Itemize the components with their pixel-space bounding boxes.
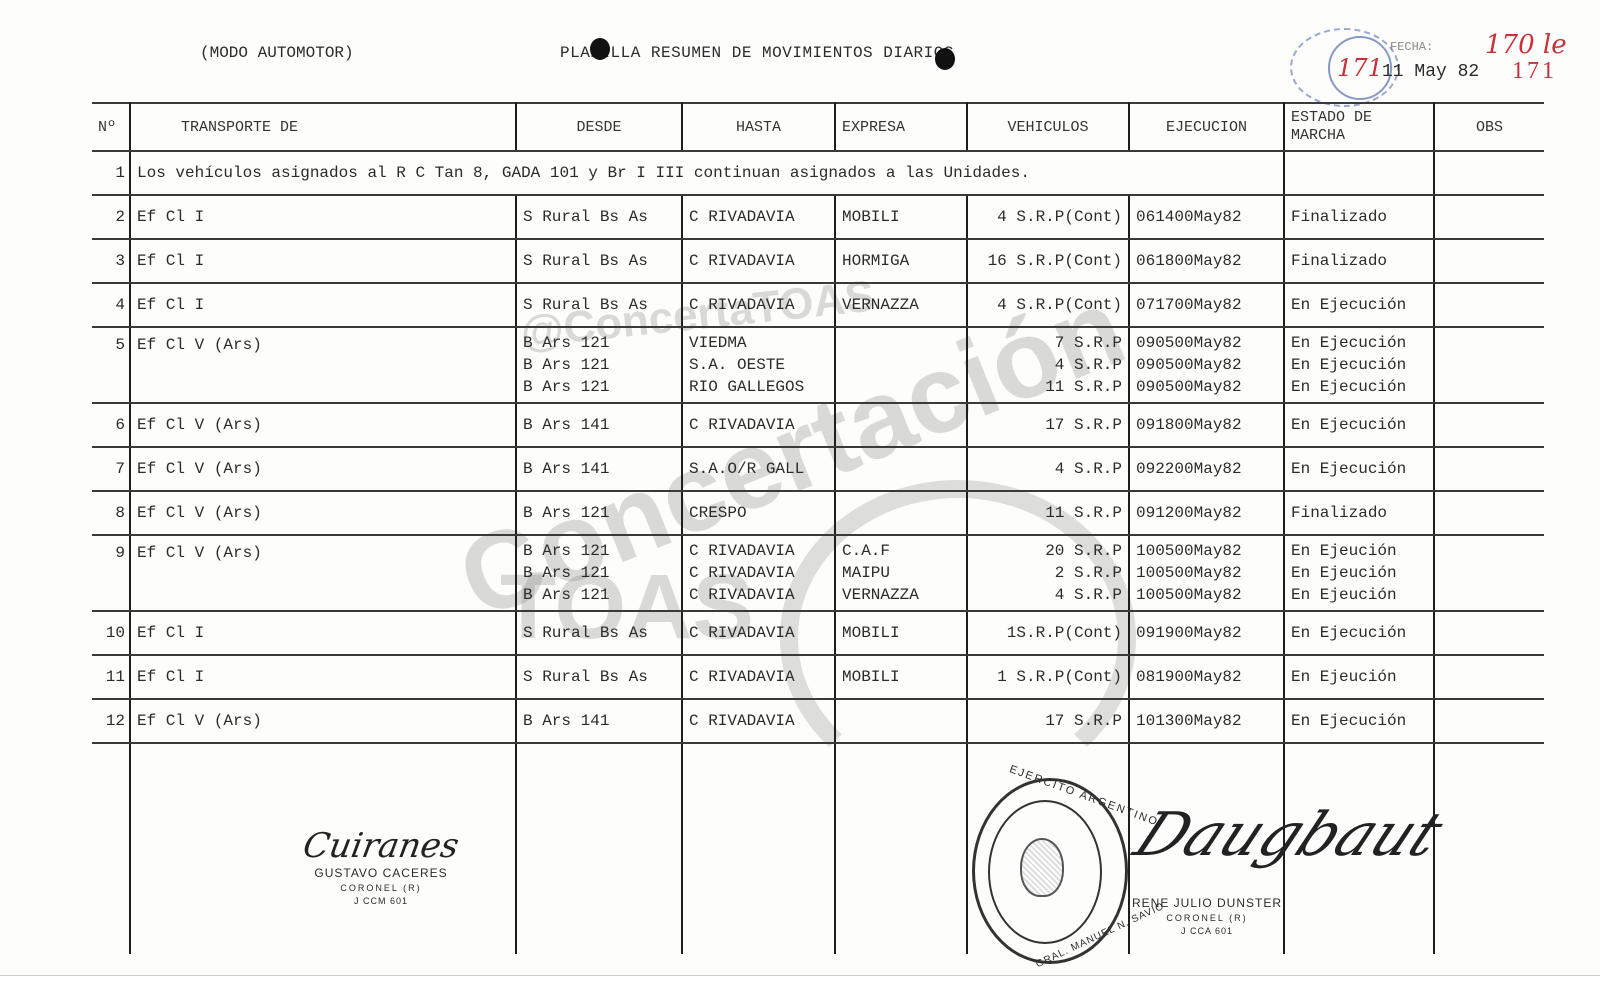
cell-estado: Finalizado: [1284, 239, 1434, 283]
row-number: 2: [92, 195, 130, 239]
col-header-transporte: TRANSPORTE DE: [130, 103, 516, 151]
cell-vehiculos: 11 S.R.P: [967, 491, 1129, 535]
cell-vehiculos: 1 S.R.P(Cont): [967, 655, 1129, 699]
cell-estado: En Ejecución: [1284, 699, 1434, 743]
cell-transporte: Ef Cl V (Ars): [130, 699, 516, 743]
col-header-expresa: EXPRESA: [835, 103, 967, 151]
cell-expresa-line: C.A.F: [842, 540, 960, 562]
date-label: FECHA:: [1390, 40, 1433, 54]
cell-vehiculos-line: 4 S.R.P: [974, 354, 1122, 376]
cell-desde: B Ars 141: [516, 699, 682, 743]
cell-obs: [1434, 699, 1544, 743]
cell-obs: [1434, 239, 1544, 283]
cell-expresa-line: VERNAZZA: [842, 584, 960, 606]
cell-desde: B Ars 141: [516, 403, 682, 447]
signer-unit: J CCM 601: [296, 896, 466, 906]
cell-hasta: C RIVADAVIA: [682, 611, 835, 655]
cell-ejecucion: 092200May82: [1129, 447, 1284, 491]
form-mode-label: (MODO AUTOMOTOR): [200, 44, 354, 62]
cell-hasta-line: C RIVADAVIA: [689, 540, 828, 562]
cell-estado-line: En Ejecución: [1291, 376, 1427, 398]
cell-vehiculos-line: 7 S.R.P: [974, 332, 1122, 354]
cell-transporte: Ef Cl V (Ars): [130, 535, 516, 611]
cell-ejecucion: 101300May82: [1129, 699, 1284, 743]
table-row: 12Ef Cl V (Ars)B Ars 141C RIVADAVIA17 S.…: [92, 699, 1544, 743]
cell-vehiculos-line: 2 S.R.P: [974, 562, 1122, 584]
cell-transporte: Ef Cl V (Ars): [130, 447, 516, 491]
cell-expresa: [835, 699, 967, 743]
row-number: 6: [92, 403, 130, 447]
table-row-note: 1 Los vehículos asignados al R C Tan 8, …: [92, 151, 1544, 195]
cell-vehiculos: 16 S.R.P(Cont): [967, 239, 1129, 283]
row-number: 3: [92, 239, 130, 283]
col-header-vehiculos: VEHICULOS: [967, 103, 1129, 151]
col-header-estado: ESTADO DE MARCHA: [1284, 103, 1434, 151]
table-row: 7Ef Cl V (Ars)B Ars 141S.A.O/R GALL4 S.R…: [92, 447, 1544, 491]
cell-desde: B Ars 121B Ars 121B Ars 121: [516, 327, 682, 403]
table-row: 4Ef Cl IS Rural Bs AsC RIVADAVIAVERNAZZA…: [92, 283, 1544, 327]
punch-hole-icon: [590, 38, 610, 60]
cell-vehiculos-line: 4 S.R.P: [974, 584, 1122, 606]
cell-expresa: HORMIGA: [835, 239, 967, 283]
cell-expresa-line: MAIPU: [842, 562, 960, 584]
cell-ejecucion: 061800May82: [1129, 239, 1284, 283]
cell-transporte: Ef Cl V (Ars): [130, 327, 516, 403]
cell-estado: En EjeuciónEn EjeuciónEn Ejeución: [1284, 535, 1434, 611]
cell-estado-line: En Ejecución: [1291, 354, 1427, 376]
cell-ejecucion: 071700May82: [1129, 283, 1284, 327]
row-number: 1: [92, 151, 130, 195]
table-row: 3Ef Cl IS Rural Bs AsC RIVADAVIAHORMIGA1…: [92, 239, 1544, 283]
signer-rank: CORONEL (R): [1112, 913, 1302, 923]
handwritten-signature-icon: Daugbaut: [1124, 800, 1455, 870]
cell-ejecucion-line: 100500May82: [1136, 584, 1277, 606]
cell-vehiculos: 1S.R.P(Cont): [967, 611, 1129, 655]
table-row: 9Ef Cl V (Ars)B Ars 121B Ars 121B Ars 12…: [92, 535, 1544, 611]
cell-vehiculos: 7 S.R.P4 S.R.P11 S.R.P: [967, 327, 1129, 403]
cell-desde: B Ars 121: [516, 491, 682, 535]
cell-expresa: MOBILI: [835, 611, 967, 655]
row-number: 9: [92, 535, 130, 611]
cell-expresa-line: [842, 376, 960, 398]
cell-desde-line: B Ars 121: [523, 354, 675, 376]
table-row: 8Ef Cl V (Ars)B Ars 121CRESPO11 S.R.P091…: [92, 491, 1544, 535]
cell-estado: En Ejecución: [1284, 611, 1434, 655]
cell-transporte: Ef Cl V (Ars): [130, 403, 516, 447]
punch-hole-icon: [935, 48, 955, 70]
cell-transporte: Ef Cl V (Ars): [130, 491, 516, 535]
signer-name: RENE JULIO DUNSTER: [1112, 896, 1302, 910]
cell-vehiculos: 17 S.R.P: [967, 699, 1129, 743]
cell-vehiculos: 20 S.R.P2 S.R.P4 S.R.P: [967, 535, 1129, 611]
date-value: 11 May 82: [1382, 62, 1479, 82]
cell-obs: [1434, 611, 1544, 655]
table-row: 11Ef Cl IS Rural Bs AsC RIVADAVIAMOBILI1…: [92, 655, 1544, 699]
cell-desde-line: B Ars 121: [523, 562, 675, 584]
cell-hasta: C RIVADAVIAC RIVADAVIAC RIVADAVIA: [682, 535, 835, 611]
cell-ejecucion: 061400May82: [1129, 195, 1284, 239]
cell-transporte: Ef Cl I: [130, 283, 516, 327]
cell-ejecucion: 081900May82: [1129, 655, 1284, 699]
table-row: 2Ef Cl IS Rural Bs AsC RIVADAVIAMOBILI4 …: [92, 195, 1544, 239]
cell-desde-line: B Ars 121: [523, 584, 675, 606]
cell-ejecucion-line: 090500May82: [1136, 354, 1277, 376]
cell-hasta: C RIVADAVIA: [682, 283, 835, 327]
cell-expresa: VERNAZZA: [835, 283, 967, 327]
cell-hasta: VIEDMAS.A. OESTERIO GALLEGOS: [682, 327, 835, 403]
cell-obs: [1434, 151, 1544, 195]
cell-transporte: Ef Cl I: [130, 195, 516, 239]
cell-obs: [1434, 327, 1544, 403]
signer-unit: J CCA 601: [1112, 926, 1302, 936]
cell-ejecucion-line: 090500May82: [1136, 332, 1277, 354]
cell-transporte: Ef Cl I: [130, 611, 516, 655]
col-header-hasta: HASTA: [682, 103, 835, 151]
row-number: 5: [92, 327, 130, 403]
cell-vehiculos: 4 S.R.P(Cont): [967, 195, 1129, 239]
cell-expresa: C.A.FMAIPUVERNAZZA: [835, 535, 967, 611]
cell-estado: [1284, 151, 1434, 195]
cell-estado: En EjecuciónEn EjecuciónEn Ejecución: [1284, 327, 1434, 403]
cell-desde: S Rural Bs As: [516, 195, 682, 239]
cell-obs: [1434, 491, 1544, 535]
cell-ejecucion: 090500May82090500May82090500May82: [1129, 327, 1284, 403]
cell-desde: S Rural Bs As: [516, 655, 682, 699]
col-header-desde: DESDE: [516, 103, 682, 151]
cell-vehiculos-line: 11 S.R.P: [974, 376, 1122, 398]
cell-ejecucion: 091900May82: [1129, 611, 1284, 655]
cell-expresa: [835, 491, 967, 535]
table-row: 5Ef Cl V (Ars)B Ars 121B Ars 121B Ars 12…: [92, 327, 1544, 403]
cell-expresa: MOBILI: [835, 655, 967, 699]
cell-hasta-line: RIO GALLEGOS: [689, 376, 828, 398]
row-number: 8: [92, 491, 130, 535]
row-number: 11: [92, 655, 130, 699]
col-header-obs: OBS: [1434, 103, 1544, 151]
cell-hasta: CRESPO: [682, 491, 835, 535]
table-row: 6Ef Cl V (Ars)B Ars 141C RIVADAVIA17 S.R…: [92, 403, 1544, 447]
coat-of-arms-icon: [1020, 838, 1064, 897]
table-row: 10Ef Cl IS Rural Bs AsC RIVADAVIAMOBILI1…: [92, 611, 1544, 655]
cell-estado: Finalizado: [1284, 491, 1434, 535]
cell-hasta: C RIVADAVIA: [682, 699, 835, 743]
cell-expresa: [835, 403, 967, 447]
cell-estado: En Ejeución: [1284, 655, 1434, 699]
cell-hasta-line: S.A. OESTE: [689, 354, 828, 376]
cell-hasta: C RIVADAVIA: [682, 195, 835, 239]
table-header-row: Nº TRANSPORTE DE DESDE HASTA EXPRESA VEH…: [92, 103, 1544, 151]
folio-handwritten: 170 le: [1485, 30, 1567, 60]
cell-vehiculos: 4 S.R.P(Cont): [967, 283, 1129, 327]
cell-desde: S Rural Bs As: [516, 611, 682, 655]
signature-block-right: RENE JULIO DUNSTER CORONEL (R) J CCA 601: [1112, 896, 1302, 936]
cell-desde-line: B Ars 121: [523, 332, 675, 354]
cell-estado-line: En Ejecución: [1291, 332, 1427, 354]
row-number: 4: [92, 283, 130, 327]
cell-obs: [1434, 655, 1544, 699]
cell-ejecucion-line: 100500May82: [1136, 540, 1277, 562]
cell-obs: [1434, 283, 1544, 327]
cell-obs: [1434, 535, 1544, 611]
cell-vehiculos: 4 S.R.P: [967, 447, 1129, 491]
cell-desde: S Rural Bs As: [516, 239, 682, 283]
cell-estado-line: En Ejeución: [1291, 540, 1427, 562]
cell-hasta-line: C RIVADAVIA: [689, 562, 828, 584]
signer-name: GUSTAVO CACERES: [296, 866, 466, 880]
cell-desde: B Ars 121B Ars 121B Ars 121: [516, 535, 682, 611]
cell-hasta: C RIVADAVIA: [682, 403, 835, 447]
folio-number: 171: [1512, 58, 1557, 85]
cell-expresa-line: [842, 354, 960, 376]
cell-estado-line: En Ejeución: [1291, 562, 1427, 584]
cell-ejecucion-line: 100500May82: [1136, 562, 1277, 584]
cell-expresa: MOBILI: [835, 195, 967, 239]
cell-ejecucion: 100500May82100500May82100500May82: [1129, 535, 1284, 611]
note-text: Los vehículos asignados al R C Tan 8, GA…: [130, 151, 1284, 195]
row-number: 12: [92, 699, 130, 743]
cell-estado: Finalizado: [1284, 195, 1434, 239]
row-number: 10: [92, 611, 130, 655]
signer-rank: CORONEL (R): [296, 883, 466, 893]
cell-transporte: Ef Cl I: [130, 239, 516, 283]
cell-ejecucion: 091200May82: [1129, 491, 1284, 535]
cell-desde-line: B Ars 121: [523, 376, 675, 398]
col-header-ejecucion: EJECUCION: [1129, 103, 1284, 151]
cell-vehiculos: 17 S.R.P: [967, 403, 1129, 447]
cell-hasta: S.A.O/R GALL: [682, 447, 835, 491]
cell-ejecucion: 091800May82: [1129, 403, 1284, 447]
cell-desde-line: B Ars 121: [523, 540, 675, 562]
cell-transporte: Ef Cl I: [130, 655, 516, 699]
row-number: 7: [92, 447, 130, 491]
cell-estado: En Ejecución: [1284, 403, 1434, 447]
cell-obs: [1434, 403, 1544, 447]
cell-expresa-line: [842, 332, 960, 354]
cell-hasta-line: VIEDMA: [689, 332, 828, 354]
handwritten-signature-icon: Cuiranes: [292, 826, 469, 866]
cell-expresa: [835, 447, 967, 491]
cell-desde: B Ars 141: [516, 447, 682, 491]
signature-block-left: Cuiranes GUSTAVO CACERES CORONEL (R) J C…: [296, 826, 466, 906]
page-title: PLANILLA RESUMEN DE MOVIMIENTOS DIARIOS: [560, 44, 954, 62]
cell-estado: En Ejecución: [1284, 447, 1434, 491]
cell-estado: En Ejecución: [1284, 283, 1434, 327]
cell-desde: S Rural Bs As: [516, 283, 682, 327]
cell-obs: [1434, 195, 1544, 239]
cell-hasta: C RIVADAVIA: [682, 239, 835, 283]
cell-ejecucion-line: 090500May82: [1136, 376, 1277, 398]
cell-hasta-line: C RIVADAVIA: [689, 584, 828, 606]
cell-expresa: [835, 327, 967, 403]
cell-obs: [1434, 447, 1544, 491]
cell-hasta: C RIVADAVIA: [682, 655, 835, 699]
col-header-number: Nº: [92, 103, 130, 151]
cell-estado-line: En Ejeución: [1291, 584, 1427, 606]
document-page: @ConcertaTOAS Concertación TOAS (MODO AU…: [0, 0, 1600, 976]
cell-vehiculos-line: 20 S.R.P: [974, 540, 1122, 562]
